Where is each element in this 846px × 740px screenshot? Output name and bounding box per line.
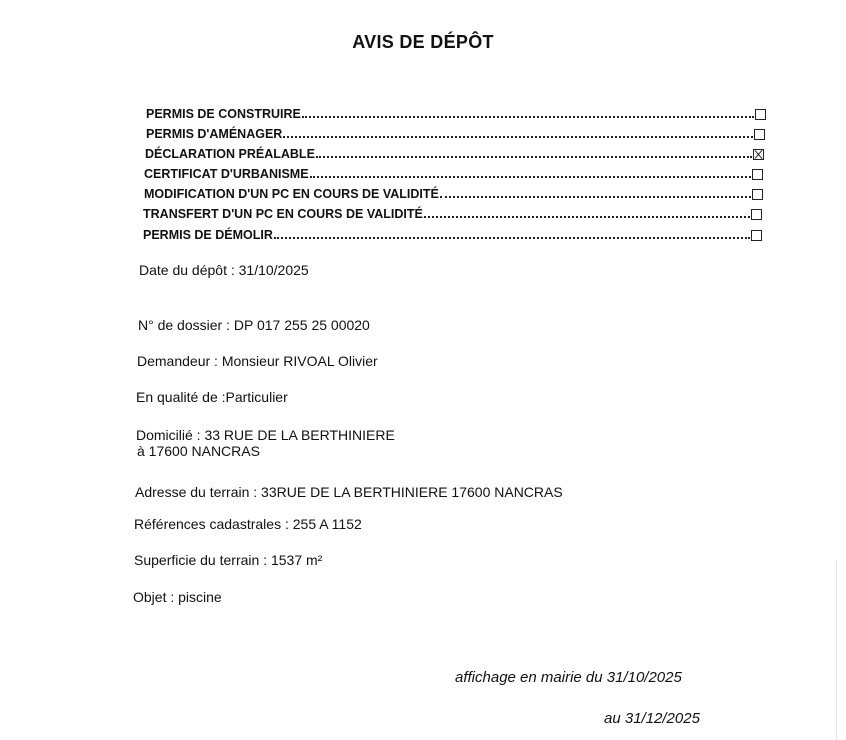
checklist-label: PERMIS DE DÉMOLIR [143,228,273,242]
checkbox-icon[interactable] [754,129,765,140]
date-depot: Date du dépôt : 31/10/2025 [139,262,309,279]
checklist-row-modification-pc: MODIFICATION D'UN PC EN COURS DE VALIDIT… [144,183,763,201]
dotted-leader [316,156,752,158]
domicile-line1: Domicilié : 33 RUE DE LA BERTHINIERE [136,427,395,444]
dotted-leader [274,237,750,239]
references-cadastrales: Références cadastrales : 255 A 1152 [134,516,362,533]
scan-edge-line [836,560,837,740]
superficie-terrain: Superficie du terrain : 1537 m² [134,552,322,569]
checkbox-icon[interactable] [755,109,766,120]
checkbox-icon[interactable] [752,169,763,180]
affichage-fin: au 31/12/2025 [604,710,700,727]
dotted-leader [283,136,753,138]
checklist-label: PERMIS D'AMÉNAGER [146,127,282,141]
checklist-row-certificat-d-urbanisme: CERTIFICAT D'URBANISME [144,163,763,181]
objet: Objet : piscine [133,589,222,606]
checklist-label: PERMIS DE CONSTRUIRE [146,107,301,121]
checkbox-icon[interactable] [751,209,762,220]
checklist-label: TRANSFERT D'UN PC EN COURS DE VALIDITÉ [143,207,423,221]
checklist-label: CERTIFICAT D'URBANISME [144,167,309,181]
demandeur: Demandeur : Monsieur RIVOAL Olivier [137,353,378,370]
dotted-leader [302,116,754,118]
checklist-label: DÉCLARATION PRÉALABLE [145,147,315,161]
numero-dossier: N° de dossier : DP 017 255 25 00020 [138,317,370,334]
checklist-row-declaration-prealable: DÉCLARATION PRÉALABLE [145,143,764,161]
checkbox-icon[interactable] [752,189,763,200]
checkbox-icon[interactable] [751,230,762,241]
checklist-label: MODIFICATION D'UN PC EN COURS DE VALIDIT… [144,187,439,201]
domicile-line2: à 17600 NANCRAS [137,443,260,460]
checklist-row-permis-d-amenager: PERMIS D'AMÉNAGER [146,123,765,141]
dotted-leader [424,216,750,218]
checklist-row-transfert-pc: TRANSFERT D'UN PC EN COURS DE VALIDITÉ [143,203,762,221]
qualite: En qualité de :Particulier [136,389,288,406]
adresse-terrain: Adresse du terrain : 33RUE DE LA BERTHIN… [135,484,563,501]
affichage-debut: affichage en mairie du 31/10/2025 [455,669,682,686]
dotted-leader [440,196,751,198]
checkbox-checked-icon[interactable] [753,149,764,160]
dotted-leader [310,176,751,178]
checklist-row-permis-de-demolir: PERMIS DE DÉMOLIR [143,224,762,242]
checklist-row-permis-de-construire: PERMIS DE CONSTRUIRE [146,103,766,121]
document-title: AVIS DE DÉPÔT [0,32,846,53]
